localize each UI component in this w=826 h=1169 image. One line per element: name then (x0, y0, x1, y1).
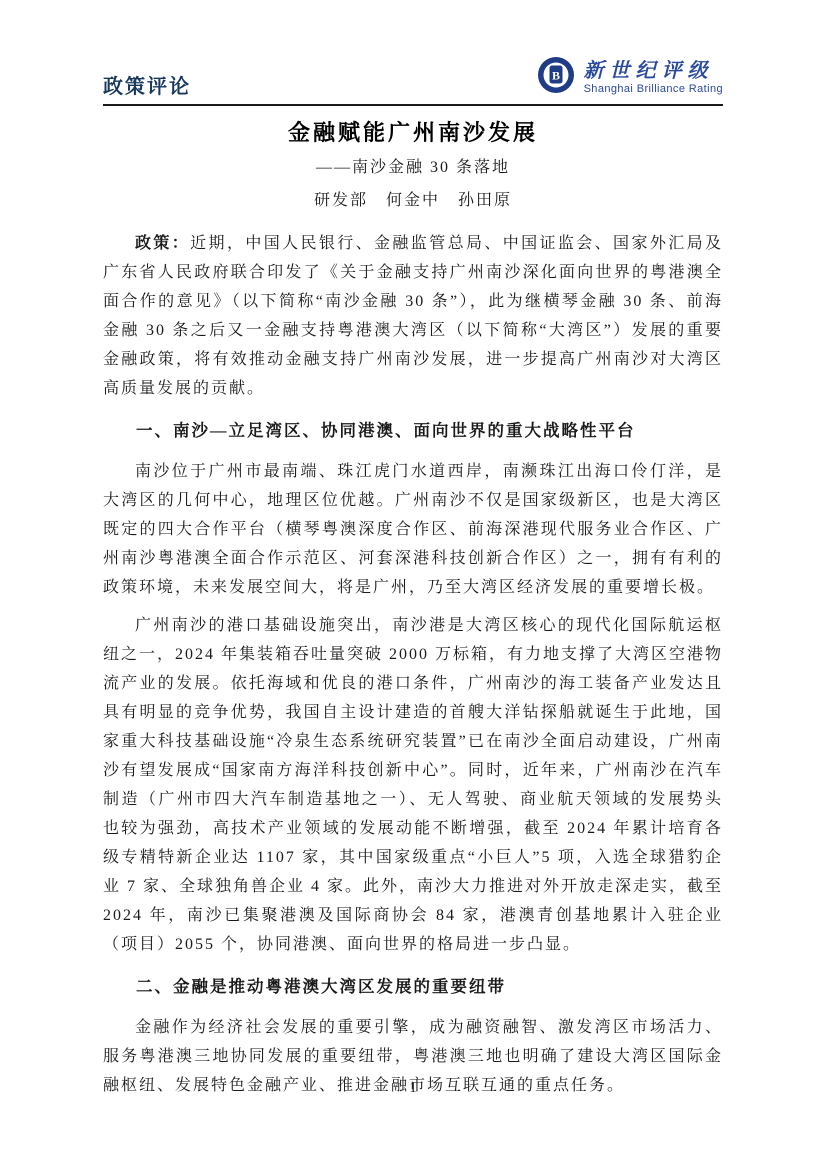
svg-text:B: B (552, 69, 560, 83)
page-number: 1 (0, 1080, 826, 1097)
brand-name-english: Shanghai Brilliance Rating (584, 82, 723, 96)
masthead: 政策评论 B 新世纪评级 Shanghai Brilliance Rating (103, 0, 723, 106)
document-title: 金融赋能广州南沙发展 (103, 118, 723, 148)
brand-logo: B 新世纪评级 Shanghai Brilliance Rating (537, 56, 723, 99)
brand-name-chinese: 新世纪评级 (584, 60, 723, 82)
document-body: 政策：近期，中国人民银行、金融监管总局、中国证监会、国家外汇局及广东省人民政府联… (103, 229, 723, 1100)
document-page: 政策评论 B 新世纪评级 Shanghai Brilliance Rating … (0, 0, 826, 1169)
section-1-paragraph: 南沙位于广州市最南端、珠江虎门水道西岸，南濒珠江出海口伶仃洋，是大湾区的几何中心… (103, 457, 723, 602)
brand-emblem-icon: B (537, 56, 575, 99)
lead-paragraph: 政策：近期，中国人民银行、金融监管总局、中国证监会、国家外汇局及广东省人民政府联… (103, 229, 723, 403)
document-byline: 研发部 何金中 孙田原 (103, 188, 723, 214)
section-label: 政策评论 (103, 75, 191, 99)
section-1-heading: 一、南沙—立足湾区、协同港澳、面向世界的重大战略性平台 (103, 416, 723, 445)
lead-text: 近期，中国人民银行、金融监管总局、中国证监会、国家外汇局及广东省人民政府联合印发… (103, 235, 723, 397)
brand-text-block: 新世纪评级 Shanghai Brilliance Rating (584, 60, 723, 96)
lead-label: 政策： (135, 235, 190, 252)
document-subtitle: ——南沙金融 30 条落地 (103, 155, 723, 181)
section-2-heading: 二、金融是推动粤港澳大湾区发展的重要纽带 (103, 972, 723, 1001)
section-1-paragraph: 广州南沙的港口基础设施突出，南沙港是大湾区核心的现代化国际航运枢纽之一，2024… (103, 611, 723, 959)
